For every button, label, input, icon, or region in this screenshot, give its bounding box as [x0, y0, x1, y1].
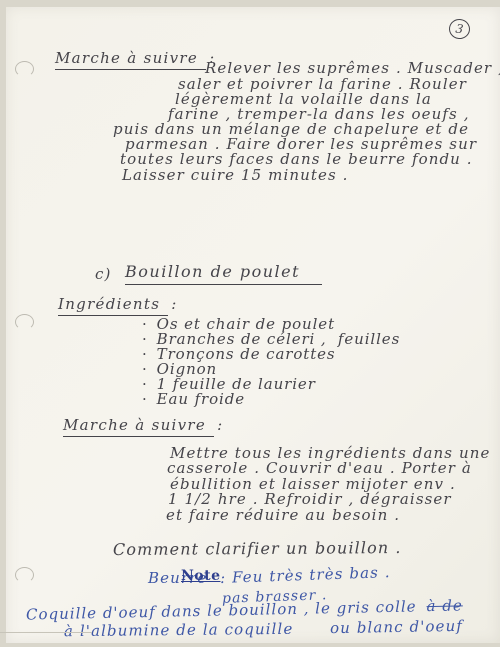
under-sheet-edge: [0, 632, 92, 633]
note-text: : Feu très très bas .: [220, 564, 391, 586]
paragraph-line: Laisser cuire 15 minutes .: [122, 167, 349, 184]
clarify-title: Comment clarifier un bouillon .: [113, 539, 402, 559]
heading-colon: :: [168, 295, 177, 313]
page-content: 3 Marche à suivre: Relever les suprêmes …: [0, 0, 500, 647]
note-label: Note: [181, 569, 221, 584]
punch-hole-icon: [15, 567, 34, 583]
note-line-4a: à l'albumine de la coquille: [64, 621, 294, 640]
heading-colon: :: [214, 416, 223, 434]
ingredient-item: ·Eau froide: [142, 391, 245, 408]
punch-hole-icon: [15, 314, 34, 330]
section-title: Bouillon de poulet: [125, 263, 322, 281]
note-struck-word: à de: [426, 596, 463, 615]
page-number-badge: 3: [448, 18, 472, 41]
method-heading-1: Marche à suivre:: [55, 50, 215, 67]
ingredients-heading: Ingrédients:: [58, 296, 177, 313]
note-line-4b: ou blanc d'oeuf: [330, 618, 463, 637]
punch-hole-icon: [15, 61, 34, 77]
bullet-dot: ·: [142, 391, 148, 408]
section-label: c): [95, 266, 111, 283]
ingredient-text: Eau froide: [157, 390, 245, 408]
method-heading-2: Marche à suivre:: [63, 417, 223, 434]
method-line: et faire réduire au besoin .: [166, 507, 400, 524]
scanned-page: 3 Marche à suivre: Relever les suprêmes …: [0, 0, 500, 647]
page-number: 3: [455, 22, 465, 37]
